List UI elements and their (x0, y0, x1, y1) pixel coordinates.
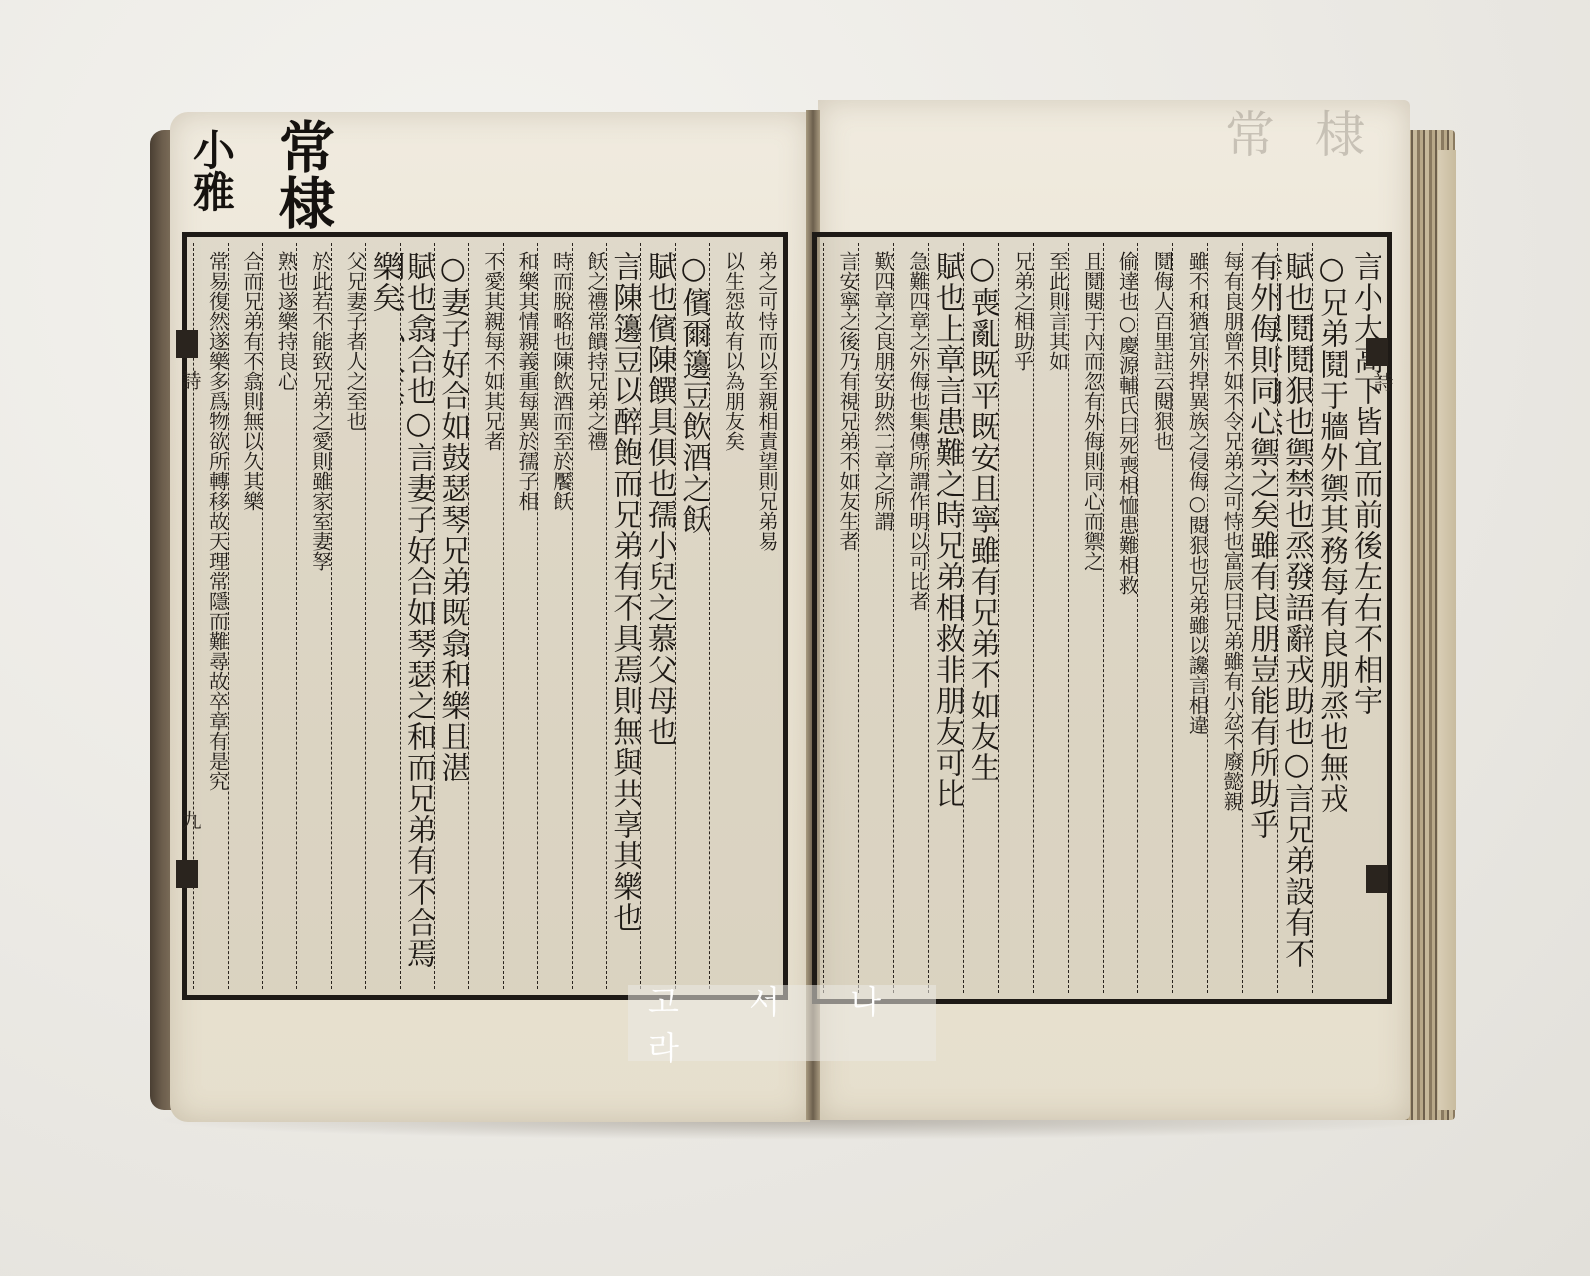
text-column: 賦也儐陳饌具俱也孺小兒之慕父母也 (640, 243, 674, 989)
section-subtitle: 小雅 (190, 128, 232, 212)
text-column: 急難四章之外侮也集傳所謂作明以可比者 (893, 243, 928, 993)
text-column: ○喪亂既平既安且寧雖有兄弟不如友生 (963, 243, 998, 993)
text-column: 於此若不能致兄弟之愛則雖家室妻孥 (296, 243, 330, 989)
open-book: 常 棣 常棣 小雅 弟之可恃而以至親相責望則兄弟易以生怨故有以為朋友矣○儐爾籩豆… (0, 0, 1590, 1276)
fold-mark-icon (1366, 865, 1388, 893)
text-column: 賦也翕合也○言妻子好合如琴瑟之和而兄弟有不合焉則無以久其 (400, 243, 434, 989)
fold-mark-icon (176, 330, 198, 358)
text-column: 和樂其情親義重每異於孺子相 (503, 243, 537, 989)
watermark: 고 서 나 라 (628, 985, 936, 1061)
text-column: 不愛其親每不如其兄者 (468, 243, 502, 989)
right-columns: 言小大高下皆宜而前後左右不相宇○兄弟鬩于牆外禦其務每有良朋烝也無戎賦也鬩鬩狠也禦… (823, 243, 1381, 993)
fold-mark-icon (1366, 338, 1388, 366)
text-column: 弟之可恃而以至親相責望則兄弟易 (744, 243, 777, 989)
text-column: 偷達也○慶源輔氏曰死喪相恤患難相救 (1103, 243, 1138, 993)
text-column: 且鬩閱于內而忽有外侮則同心而禦之 (1068, 243, 1103, 993)
text-column: 有外侮則同心禦之矣雖有良朋豈能有所助乎 (1242, 243, 1277, 993)
text-column: 每有良朋曾不如不令兄弟之可恃也富辰曰兄弟雖有小忿不廢懿親 (1207, 243, 1242, 993)
text-column: 歎四章之良朋安助然二章之所謂 (858, 243, 893, 993)
text-column: 常易復然遂樂多爲物欲所轉移故天理常隱而難尋故卒章有是究 (193, 243, 227, 989)
text-column: ○儐爾籩豆飲酒之飫 (675, 243, 709, 989)
left-columns: 弟之可恃而以至親相責望則兄弟易以生怨故有以為朋友矣○儐爾籩豆飲酒之飫賦也儐陳饌具… (193, 243, 777, 989)
fold-label: 詩 (1368, 372, 1397, 392)
text-column: 賦也上章言患難之時兄弟相救非朋友可比 (928, 243, 963, 993)
text-column: 熟也遂樂持良心 (262, 243, 296, 989)
right-cover-edge (1438, 150, 1456, 1110)
text-column: 雖不和猶宜外捍異族之侵侮○閱狠也兄弟雖以讒言相違 (1172, 243, 1207, 993)
fold-page-number: 九 (176, 810, 205, 830)
text-column: 鬩侮人百里註云閱狠也 (1137, 243, 1172, 993)
text-column: 言安寧之後乃有視兄弟不如友生者 (823, 243, 858, 993)
text-column: 樂矣 (365, 243, 399, 989)
text-column: 言陳籩豆以醉飽而兄弟有不具焉則無與共享其樂也 (606, 243, 640, 989)
bleed-through-text: 常 (1210, 108, 1282, 158)
bleed-through-text: 棣 (1300, 108, 1372, 158)
text-column: 賦也鬩鬩狠也禦禁也烝發語辭戎助也○言兄弟設有不幸鬩狠于內然 (1277, 243, 1312, 993)
text-column: 以生怨故有以為朋友矣 (709, 243, 743, 989)
text-column: 兄弟之相助乎 (998, 243, 1033, 993)
text-column: ○兄弟鬩于牆外禦其務每有良朋烝也無戎 (1312, 243, 1347, 993)
right-text-block: 言小大高下皆宜而前後左右不相宇○兄弟鬩于牆外禦其務每有良朋烝也無戎賦也鬩鬩狠也禦… (812, 232, 1392, 1004)
text-column: 時而脫略也陳飲酒而至於饜飫 (537, 243, 571, 989)
left-text-block: 弟之可恃而以至親相責望則兄弟易以生怨故有以為朋友矣○儐爾籩豆飲酒之飫賦也儐陳饌具… (182, 232, 788, 1000)
fold-label: 詩 (176, 370, 205, 390)
text-column: 合而兄弟有不翕則無以久其樂 (228, 243, 262, 989)
text-column: 父兄妻子者人之至也 (331, 243, 365, 989)
text-column: ○妻子好合如鼓瑟琴兄弟既翕和樂且湛 (434, 243, 468, 989)
text-column: 飫之禮常饋持兄弟之禮 (572, 243, 606, 989)
text-column: 至此則言其如 (1033, 243, 1068, 993)
section-title: 常棣 (275, 118, 331, 230)
fold-mark-icon (176, 860, 198, 888)
